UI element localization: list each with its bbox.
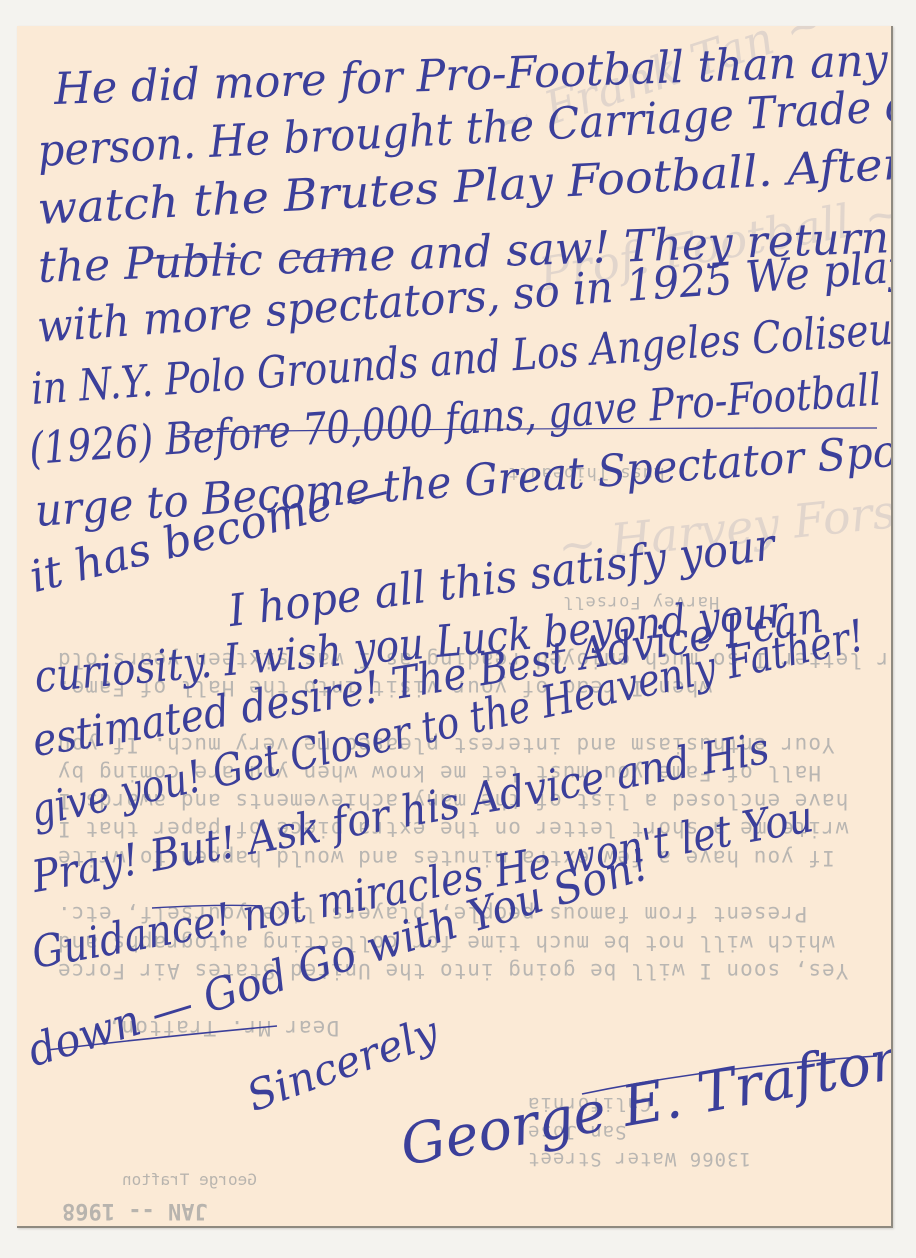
bleed-stamp-name: George Trafton xyxy=(122,1170,257,1189)
bleed-typed-line: Yes, soon I will be going into the Unite… xyxy=(57,959,848,983)
letter-paper: ~ Frank Tan ~ Prof. Football ~ ~ Harvey … xyxy=(17,26,893,1228)
bleed-stamp-date: JAN -- 1968 xyxy=(62,1198,208,1223)
